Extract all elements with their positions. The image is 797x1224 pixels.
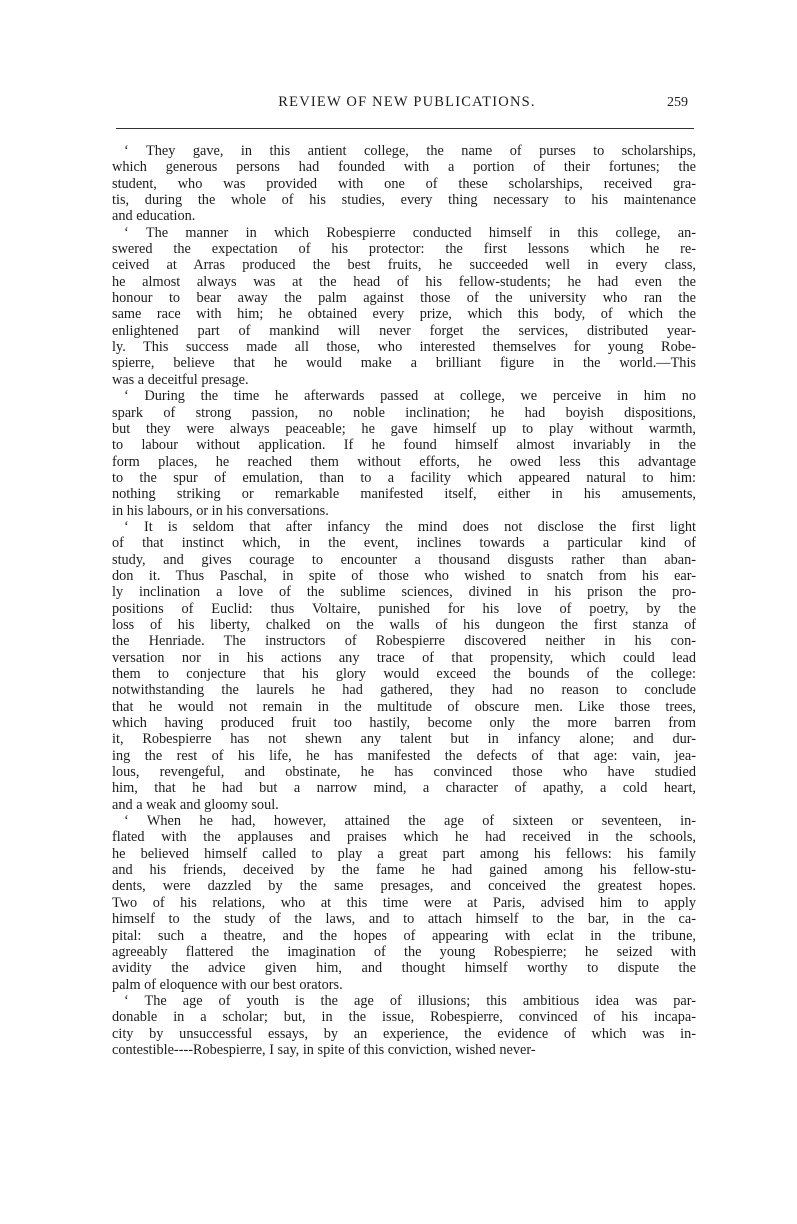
text-line: which having produced fruit too hastily,…	[112, 715, 696, 731]
text-line: nothing striking or remarkable manifeste…	[112, 486, 696, 502]
text-line: ‘ The age of youth is the age of illusio…	[112, 993, 696, 1009]
text-line: versation nor in his actions any trace o…	[112, 650, 696, 666]
text-line: form places, he reached them without eff…	[112, 454, 696, 470]
text-line: it, Robespierre has not shewn any talent…	[112, 731, 696, 747]
text-line: ‘ They gave, in this antient college, th…	[112, 143, 696, 159]
text-line: but they were always peaceable; he gave …	[112, 421, 696, 437]
body-text: ‘ They gave, in this antient college, th…	[112, 143, 696, 1058]
text-line: in his labours, or in his conversations.	[112, 503, 696, 519]
text-line: honour to bear away the palm against tho…	[112, 290, 696, 306]
text-line: them to conjecture that his glory would …	[112, 666, 696, 682]
text-line: to labour without application. If he fou…	[112, 437, 696, 453]
text-line: dents, were dazzled by the same presages…	[112, 878, 696, 894]
text-line: lous, revengeful, and obstinate, he has …	[112, 764, 696, 780]
text-line: ly inclination a love of the sublime sci…	[112, 584, 696, 600]
text-line: flated with the applauses and praises wh…	[112, 829, 696, 845]
text-line: ‘ When he had, however, attained the age…	[112, 813, 696, 829]
text-line: swered the expectation of his protector:…	[112, 241, 696, 257]
paragraph: ‘ The manner in which Robespierre conduc…	[112, 225, 696, 388]
text-line: and education.	[112, 208, 696, 224]
text-line: contestible----Robespierre, I say, in sp…	[112, 1042, 696, 1058]
text-line: ‘ During the time he afterwards passed a…	[112, 388, 696, 404]
paragraph: ‘ The age of youth is the age of illusio…	[112, 993, 696, 1058]
text-line: to the spur of emulation, than to a faci…	[112, 470, 696, 486]
text-line: enlightened part of mankind will never f…	[112, 323, 696, 339]
text-line: he believed himself called to play a gre…	[112, 846, 696, 862]
text-line: don it. Thus Paschal, in spite of those …	[112, 568, 696, 584]
text-line: palm of eloquence with our best orators.	[112, 977, 696, 993]
text-line: loss of his liberty, chalked on the wall…	[112, 617, 696, 633]
text-line: ‘ It is seldom that after infancy the mi…	[112, 519, 696, 535]
text-line: student, who was provided with one of th…	[112, 176, 696, 192]
header-rule	[116, 128, 694, 129]
text-line: and his friends, deceived by the fame he…	[112, 862, 696, 878]
text-line: ‘ The manner in which Robespierre conduc…	[112, 225, 696, 241]
page-number: 259	[667, 95, 688, 111]
text-line: of that instinct which, in the event, in…	[112, 535, 696, 551]
text-line: which generous persons had founded with …	[112, 159, 696, 175]
text-line: that he would not remain in the multitud…	[112, 699, 696, 715]
text-line: ly. This success made all those, who int…	[112, 339, 696, 355]
text-line: notwithstanding the laurels he had gathe…	[112, 682, 696, 698]
text-line: him, that he had but a narrow mind, a ch…	[112, 780, 696, 796]
text-line: positions of Euclid: thus Voltaire, puni…	[112, 601, 696, 617]
text-line: spark of strong passion, no noble inclin…	[112, 405, 696, 421]
text-line: city by unsuccessful essays, by an exper…	[112, 1026, 696, 1042]
text-line: ing the rest of his life, he has manifes…	[112, 748, 696, 764]
text-line: the Henriade. The instructors of Robespi…	[112, 633, 696, 649]
text-line: Two of his relations, who at this time w…	[112, 895, 696, 911]
paragraph: ‘ When he had, however, attained the age…	[112, 813, 696, 993]
text-line: was a deceitful presage.	[112, 372, 696, 388]
text-line: agreeably flattered the imagination of t…	[112, 944, 696, 960]
running-title: REVIEW OF NEW PUBLICATIONS.	[118, 94, 696, 111]
text-line: tis, during the whole of his studies, ev…	[112, 192, 696, 208]
paragraph: ‘ During the time he afterwards passed a…	[112, 388, 696, 519]
text-line: himself to the study of the laws, and to…	[112, 911, 696, 927]
text-line: study, and gives courage to encounter a …	[112, 552, 696, 568]
paragraph: ‘ It is seldom that after infancy the mi…	[112, 519, 696, 813]
text-line: ceived at Arras produced the best fruits…	[112, 257, 696, 273]
text-line: same race with him; he obtained every pr…	[112, 306, 696, 322]
text-line: pital: such a theatre, and the hopes of …	[112, 928, 696, 944]
text-line: spierre, believe that he would make a br…	[112, 355, 696, 371]
text-line: avidity the advice given him, and though…	[112, 960, 696, 976]
text-line: he almost always was at the head of his …	[112, 274, 696, 290]
text-line: and a weak and gloomy soul.	[112, 797, 696, 813]
text-line: donable in a scholar; but, in the issue,…	[112, 1009, 696, 1025]
book-page: REVIEW OF NEW PUBLICATIONS. 259 ‘ They g…	[0, 0, 797, 1224]
running-head: REVIEW OF NEW PUBLICATIONS. 259	[118, 94, 696, 118]
paragraph: ‘ They gave, in this antient college, th…	[112, 143, 696, 225]
